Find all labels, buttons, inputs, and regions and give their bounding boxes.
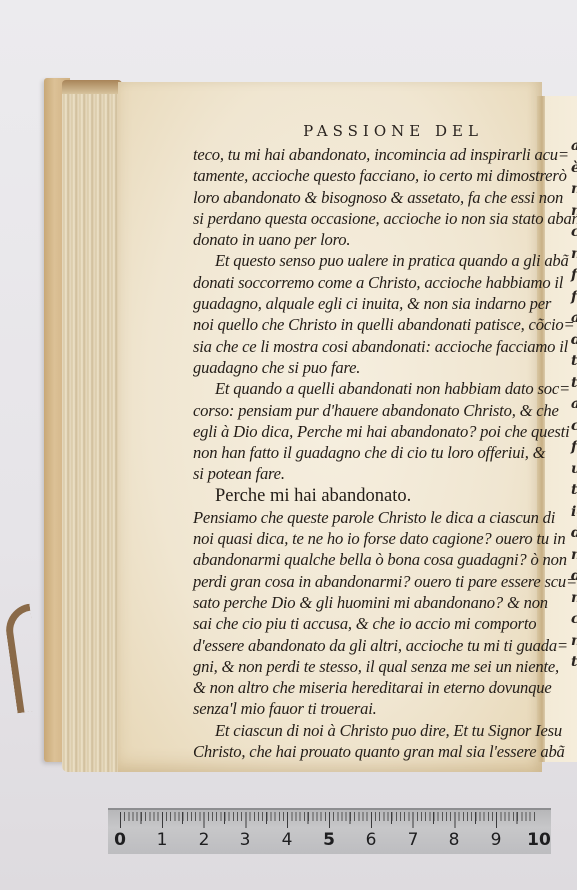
text-line: si potean fare. xyxy=(193,463,533,484)
ruler-label: 0 xyxy=(110,830,130,850)
photo-scene: a è n n c n f f a d t t a c f u t ic d n… xyxy=(0,0,577,890)
text-line: perdi gran cosa in abandonarmi? ouero ti… xyxy=(193,571,533,592)
text-line: Et ciascun di noi à Christo puo dire, Et… xyxy=(193,720,533,741)
ruler-label: 6 xyxy=(361,830,381,850)
text-line: & non altro che miseria hereditarai in e… xyxy=(193,677,533,698)
section-heading: Perche mi hai abandonato. xyxy=(193,485,533,507)
text-line: Christo, che hai prouato quanto gran mal… xyxy=(193,741,533,762)
ruler-major-ticks xyxy=(120,812,538,828)
scale-ruler: 0 1 2 3 4 5 6 7 8 9 10 xyxy=(108,808,551,854)
page-top-edge xyxy=(62,80,122,94)
text-line: donati soccorremo come a Christo, accioc… xyxy=(193,272,533,293)
ruler-label: 8 xyxy=(444,830,464,850)
facing-fragment: u xyxy=(545,459,577,481)
text-line: noi quasi dica, te ne ho io forse dato c… xyxy=(193,528,533,549)
running-head: PASSIONE DEL xyxy=(253,120,533,142)
text-line: loro abandonato & bisognoso & assetato, … xyxy=(193,187,533,208)
ruler-label: 5 xyxy=(319,830,339,850)
ruler-label: 2 xyxy=(194,830,214,850)
ruler-label: 4 xyxy=(277,830,297,850)
text-line: abandonarmi qualche bella ò bona cosa gu… xyxy=(193,549,533,570)
ruler-label: 9 xyxy=(486,830,506,850)
facing-fragment: c xyxy=(545,609,577,631)
ruler-label: 7 xyxy=(403,830,423,850)
ruler-label: 10 xyxy=(526,830,552,850)
leather-tie-strap xyxy=(3,604,45,714)
text-line: si perdano questa occasione, accioche io… xyxy=(193,208,533,229)
page-fore-edge xyxy=(62,82,122,772)
text-line: d'essere abandonato da gli altri, accioc… xyxy=(193,635,533,656)
text-line: guadagno, alquale egli ci inuita, & non … xyxy=(193,293,533,314)
text-line: corso: pensiam pur d'hauere abandonato C… xyxy=(193,400,533,421)
text-line: Pensiamo che queste parole Christo le di… xyxy=(193,507,533,528)
text-line: tamente, accioche questo facciano, io ce… xyxy=(193,165,533,186)
facing-fragment: t xyxy=(545,480,577,502)
text-line: Et questo senso puo ualere in pratica qu… xyxy=(193,250,533,271)
ruler-label: 1 xyxy=(152,830,172,850)
page-text-block: PASSIONE DEL teco, tu mi hai abandonato,… xyxy=(193,120,533,762)
text-line: sai che cio piu ti accusa, & che io acci… xyxy=(193,613,533,634)
text-line: sato perche Dio & gli huomini mi abandon… xyxy=(193,592,533,613)
text-line: gni, & non perdi te stesso, il qual senz… xyxy=(193,656,533,677)
text-line: noi quello che Christo in quelli abandon… xyxy=(193,314,533,335)
text-line: Et quando a quelli abandonati non habbia… xyxy=(193,378,533,399)
text-line: donato in uano per loro. xyxy=(193,229,533,250)
text-line: sia che ce li mostra cosi abandonati: ac… xyxy=(193,336,533,357)
ruler-label: 3 xyxy=(235,830,255,850)
text-line: teco, tu mi hai abandonato, incomincia a… xyxy=(193,144,533,165)
text-line: senza'l mio fauor ti trouerai. xyxy=(193,698,533,719)
text-line: egli à Dio dica, Perche mi hai abandonat… xyxy=(193,421,533,442)
text-line: non han fatto il guadagno che di cio tu … xyxy=(193,442,533,463)
text-line: guadagno che si puo fare. xyxy=(193,357,533,378)
